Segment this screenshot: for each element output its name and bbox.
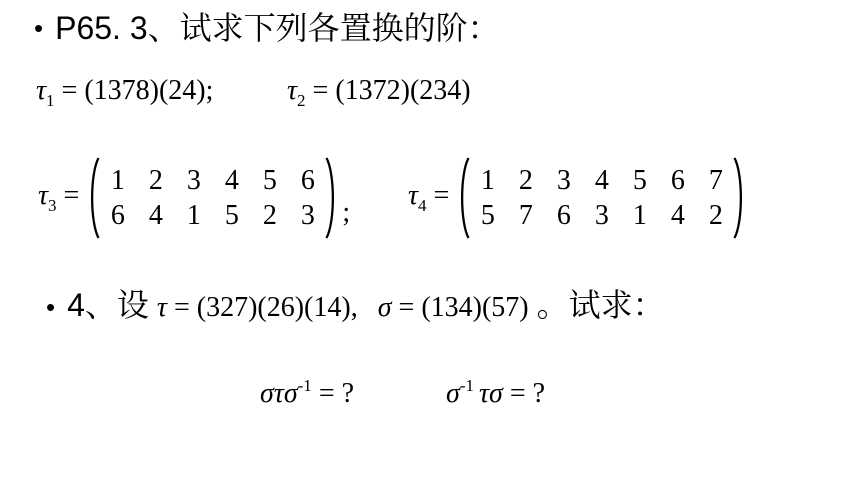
bullet-marker: • [34, 11, 43, 45]
sigma-equals: = [399, 292, 415, 323]
tau2-subscript: 2 [297, 91, 306, 110]
right-parenthesis [732, 156, 747, 240]
matrix-cell: 2 [263, 200, 277, 232]
tau4-matrix: 1 2 3 4 5 6 7 5 7 6 3 1 4 2 [471, 163, 732, 233]
matrix-cell: 3 [595, 200, 609, 232]
matrix-cell: 4 [595, 165, 609, 197]
matrix-cell: 5 [263, 165, 277, 197]
matrix-cell: 7 [519, 200, 533, 232]
matrix-cell: 6 [111, 200, 125, 232]
matrix-cell: 2 [709, 200, 723, 232]
matrix-cell: 1 [633, 200, 647, 232]
tau2-definition: τ2=(1372)(234) [287, 74, 471, 118]
equals-question: = ? [510, 378, 545, 409]
matrix-cell: 3 [301, 200, 315, 232]
tau3-semicolon: ; [342, 197, 350, 229]
matrix-cell: 4 [149, 200, 163, 232]
right-parenthesis [324, 156, 339, 240]
inverse-superscript: -1 [298, 376, 312, 395]
sigma-symbol: σ [378, 292, 392, 323]
matrix-cell: 4 [225, 165, 239, 197]
tau-sigma: τσ [479, 378, 503, 409]
tau4-equals: = [434, 180, 450, 211]
tau1-definition: τ1=(1378)(24); [36, 74, 213, 118]
slide: • P65. 3、试求下列各置换的阶： τ1=(1378)(24); τ2=(1… [0, 0, 850, 486]
tau3-symbol: τ [38, 180, 48, 211]
matrix-cell: 1 [111, 165, 125, 197]
matrix-cell: 7 [709, 165, 723, 197]
matrix-cell: 6 [301, 165, 315, 197]
tau4-subscript: 4 [418, 196, 427, 215]
problem4-suffix: 。试求： [537, 287, 665, 323]
matrix-cell: 1 [481, 165, 495, 197]
matrix-cell: 4 [671, 200, 685, 232]
matrix-cell: 5 [633, 165, 647, 197]
matrix-cell: 3 [187, 165, 201, 197]
tau1-equals: = [62, 75, 78, 106]
conjugation-expression-1: στσ-1= ? [260, 376, 354, 410]
matrix-cell: 6 [671, 165, 685, 197]
problem4-label: 4、设 [67, 287, 149, 323]
tau-equals: = [174, 292, 190, 323]
tau2-cycles: (1372)(234) [335, 75, 470, 106]
tau4-label: τ4= [408, 180, 456, 216]
tau-cycles: (327)(26)(14), [197, 292, 358, 323]
left-parenthesis [86, 156, 101, 240]
tau1-subscript: 1 [46, 91, 55, 110]
matrix-cell: 1 [187, 200, 201, 232]
matrix-cell: 3 [557, 165, 571, 197]
inverse-superscript: -1 [460, 376, 474, 395]
tau3-subscript: 3 [48, 196, 57, 215]
matrix-cell: 6 [557, 200, 571, 232]
problem3-title-row: • P65. 3、试求下列各置换的阶： [34, 11, 500, 45]
tau4-definition: τ4= 1 2 3 4 5 6 7 5 7 6 3 1 4 2 [408, 156, 747, 240]
sigma-symbol: σ [446, 378, 460, 409]
matrix-cell: 5 [225, 200, 239, 232]
bullet-marker: • [46, 292, 55, 322]
conjugation-expression-2: σ-1τσ= ? [446, 376, 545, 410]
equals-question: = ? [319, 378, 354, 409]
tau3-definition: τ3= 1 2 3 4 5 6 6 4 1 5 2 3 ; [38, 156, 350, 240]
tau-symbol: τ [157, 292, 167, 323]
sigma-definition: σ=(134)(57) [378, 292, 529, 323]
tau4-symbol: τ [408, 180, 418, 211]
problem3-title: P65. 3、试求下列各置换的阶： [55, 11, 500, 45]
sigma-cycles: (134)(57) [421, 292, 528, 323]
tau3-matrix: 1 2 3 4 5 6 6 4 1 5 2 3 [101, 163, 324, 233]
sigma-tau-sigma: στσ [260, 378, 298, 409]
matrix-cell: 2 [519, 165, 533, 197]
tau2-symbol: τ [287, 75, 297, 106]
tau1-cycles: (1378)(24); [84, 75, 213, 106]
left-parenthesis [456, 156, 471, 240]
tau2-equals: = [313, 75, 329, 106]
matrix-cell: 2 [149, 165, 163, 197]
tau3-equals: = [64, 180, 80, 211]
tau-definition: τ=(327)(26)(14), [157, 292, 358, 323]
tau3-label: τ3= [38, 180, 86, 216]
tau1-symbol: τ [36, 75, 46, 106]
matrix-cell: 5 [481, 200, 495, 232]
problem4-row: •4、设τ=(327)(26)(14),σ=(134)(57)。试求： [46, 287, 665, 330]
